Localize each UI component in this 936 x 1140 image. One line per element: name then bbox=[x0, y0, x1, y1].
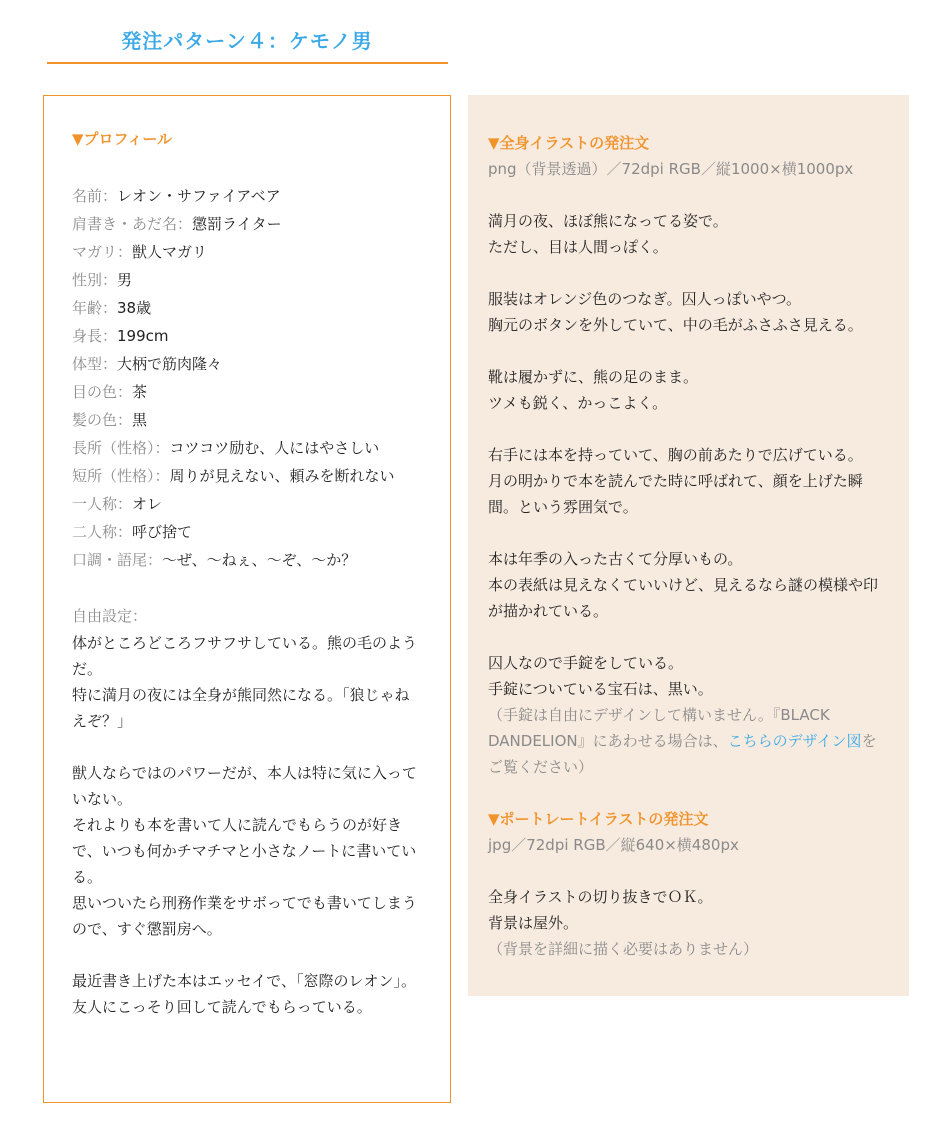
free-setting-line: それよりも本を書いて人に読んでもらうのが好きで、いつも何かチマチマと小さなノート… bbox=[72, 812, 422, 890]
free-setting-paragraph: 体がところどころフサフサしている。熊の毛のようだ。 特に満月の夜には全身が熊同然… bbox=[72, 630, 422, 734]
full-body-paragraph: 満月の夜、ほぼ熊になってる姿で。 ただし、目は人間っぽく。 bbox=[488, 208, 889, 260]
full-body-paragraph: 靴は履かずに、熊の足のまま。 ツメも鋭く、かっこよく。 bbox=[488, 364, 889, 416]
free-setting-line: 友人にこっそり回して読んでもらっている。 bbox=[72, 994, 422, 1020]
portrait-note: （背景を詳細に描く必要はありません） bbox=[488, 936, 889, 962]
field-age: 年齢：38歳 bbox=[72, 294, 422, 322]
order-panel: ▼全身イラストの発注文 png（背景透過）／72dpi RGB／縦1000×横1… bbox=[468, 95, 909, 996]
full-body-paragraph: 囚人なので手錠をしている。 手錠についている宝石は、黒い。 bbox=[488, 650, 889, 702]
free-setting-line: 特に満月の夜には全身が熊同然になる。「狼じゃねえぞ？」 bbox=[72, 682, 422, 734]
portrait-line: 全身イラストの切り抜きでＯＫ。 bbox=[488, 884, 889, 910]
portrait-heading: ▼ポートレートイラストの発注文 bbox=[488, 806, 889, 832]
field-build: 体型：大柄で筋肉隆々 bbox=[72, 350, 422, 378]
design-diagram-link[interactable]: こちらのデザイン図 bbox=[728, 732, 862, 750]
profile-heading: ▼プロフィール bbox=[72, 126, 422, 152]
full-body-paragraph: 右手には本を持っていて、胸の前あたりで広げている。 月の明かりで本を読んでた時に… bbox=[488, 442, 889, 520]
free-setting-paragraph: 獣人ならではのパワーだが、本人は特に気に入っていない。 それよりも本を書いて人に… bbox=[72, 760, 422, 942]
field-eye-color: 目の色：茶 bbox=[72, 378, 422, 406]
field-magari: マガリ：獣人マガリ bbox=[72, 238, 422, 266]
free-setting-line: 思いついたら刑務作業をサボってでも書いてしまうので、すぐ懲罰房へ。 bbox=[72, 890, 422, 942]
field-speech-style: 口調・語尾：～ぜ、～ねぇ、～ぞ、～か？ bbox=[72, 546, 422, 574]
free-setting-paragraph: 最近書き上げた本はエッセイで、「窓際のレオン」。 友人にこっそり回して読んでもら… bbox=[72, 968, 422, 1020]
page-title: 発注パターン４：ケモノ男 bbox=[47, 26, 447, 56]
free-setting-line: 最近書き上げた本はエッセイで、「窓際のレオン」。 bbox=[72, 968, 422, 994]
profile-panel: ▼プロフィール 名前：レオン・サファイアベア 肩書き・あだ名：懲罰ライター マガ… bbox=[43, 95, 451, 1103]
field-first-person: 一人称：オレ bbox=[72, 490, 422, 518]
profile-fields: 名前：レオン・サファイアベア 肩書き・あだ名：懲罰ライター マガリ：獣人マガリ … bbox=[72, 182, 422, 574]
title-underline bbox=[47, 62, 448, 64]
full-body-heading: ▼全身イラストの発注文 bbox=[488, 130, 889, 156]
portrait-line: 背景は屋外。 bbox=[488, 910, 889, 936]
full-body-spec: png（背景透過）／72dpi RGB／縦1000×横1000px bbox=[488, 156, 889, 182]
free-setting-line: 体がところどころフサフサしている。熊の毛のようだ。 bbox=[72, 630, 422, 682]
field-strengths: 長所（性格）：コツコツ励む、人にはやさしい bbox=[72, 434, 422, 462]
field-gender: 性別：男 bbox=[72, 266, 422, 294]
full-body-paragraph: 本は年季の入った古くて分厚いもの。 本の表紙は見えなくていいけど、見えるなら謎の… bbox=[488, 546, 889, 624]
field-nickname: 肩書き・あだ名：懲罰ライター bbox=[72, 210, 422, 238]
field-weaknesses: 短所（性格）：周りが見えない、頼みを断れない bbox=[72, 462, 422, 490]
full-body-paragraph: 服装はオレンジ色のつなぎ。囚人っぽいやつ。 胸元のボタンを外していて、中の毛がふ… bbox=[488, 286, 889, 338]
portrait-spec: jpg／72dpi RGB／縦640×横480px bbox=[488, 832, 889, 858]
free-setting-label: 自由設定： bbox=[72, 602, 422, 630]
handcuff-note: （手錠は自由にデザインして構いません。『BLACK DANDELION』にあわせ… bbox=[488, 702, 889, 780]
field-hair-color: 髪の色：黒 bbox=[72, 406, 422, 434]
free-setting-line: 獣人ならではのパワーだが、本人は特に気に入っていない。 bbox=[72, 760, 422, 812]
field-second-person: 二人称：呼び捨て bbox=[72, 518, 422, 546]
field-name: 名前：レオン・サファイアベア bbox=[72, 182, 422, 210]
field-height: 身長：199cm bbox=[72, 322, 422, 350]
